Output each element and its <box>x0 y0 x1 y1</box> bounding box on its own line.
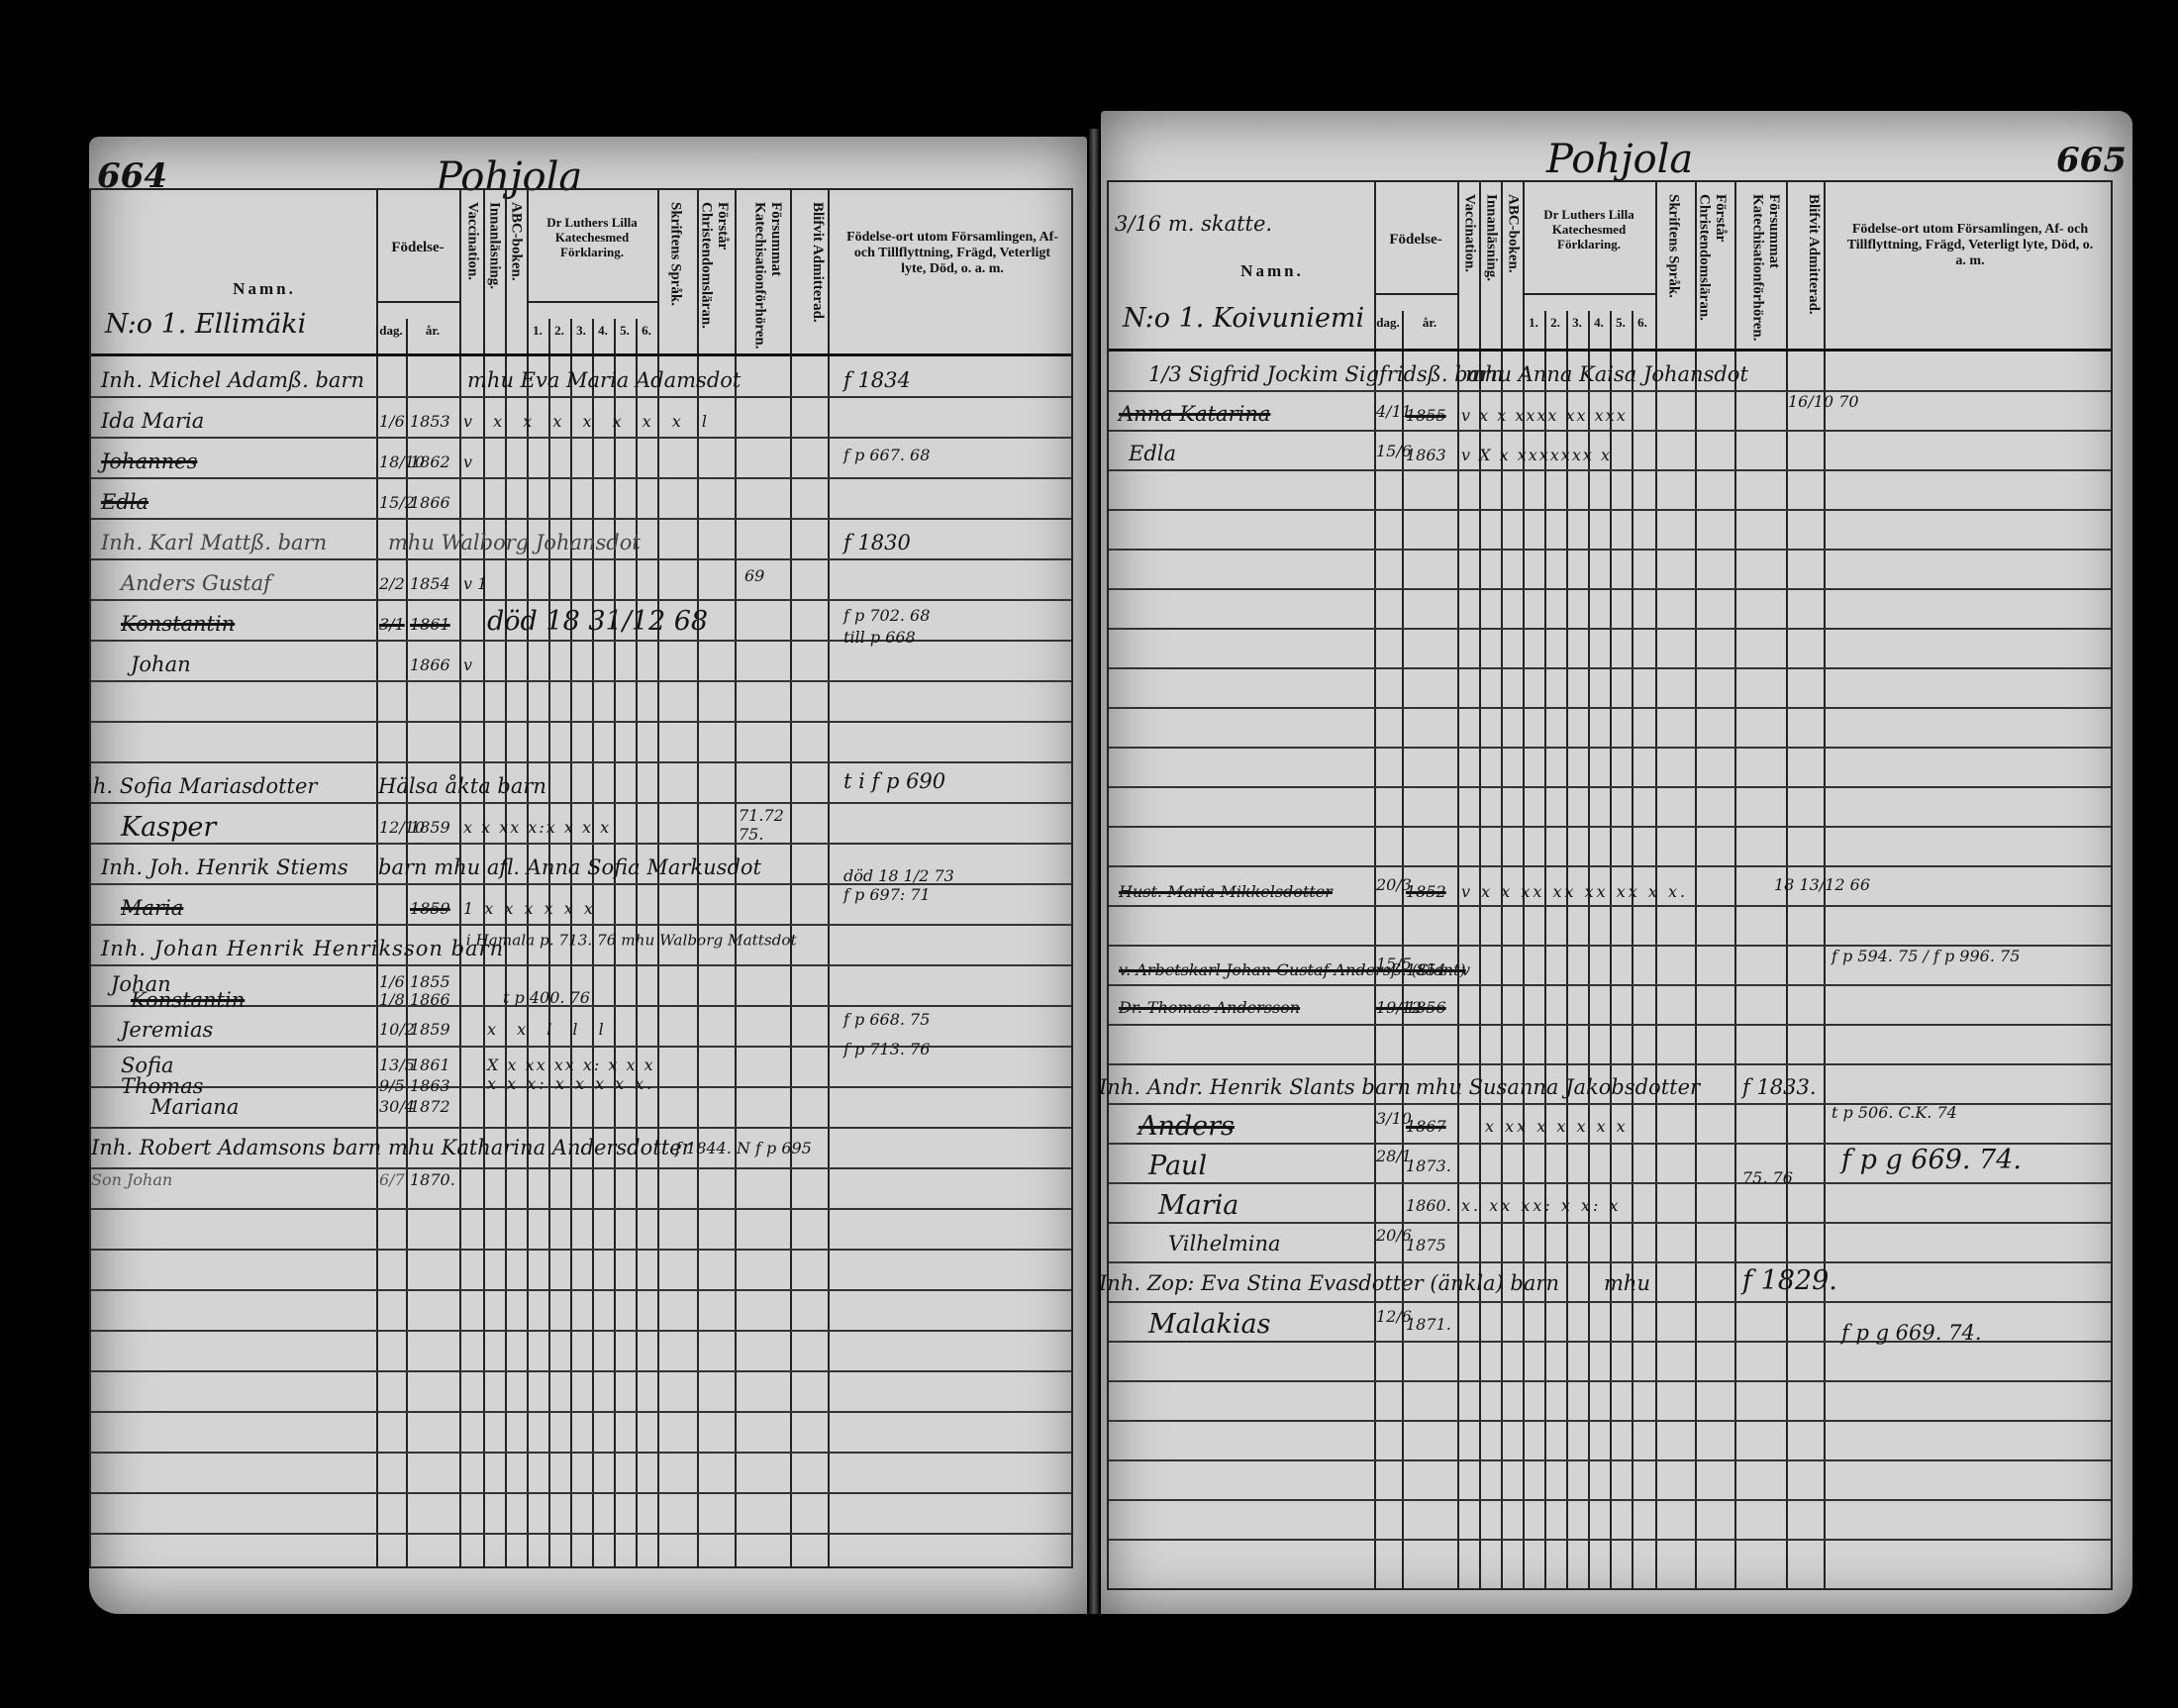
entry-missed: 69 <box>744 566 764 585</box>
header-missed-catechism: Försummat Katechisationförhören. <box>744 202 784 351</box>
entry-year: 1866 <box>410 493 450 512</box>
entry-name: Mariana <box>150 1095 239 1119</box>
entry-day: 6/7 <box>379 1170 405 1189</box>
entry-remark: f 1829. <box>1742 1265 1837 1296</box>
entry-year: 1853 <box>410 412 450 431</box>
header-christian-doctrine: Förstår Christendomsläran. <box>1699 194 1729 343</box>
entry-remark: till p 668 <box>843 628 916 647</box>
farm-title: N:o 1. Ellimäki <box>105 309 306 340</box>
header-birth-year: år. <box>406 324 459 339</box>
header-remarks: Födelse-ort utom Församlingen, Af- och T… <box>1841 222 2099 269</box>
entry-year: 1873. <box>1406 1156 1451 1175</box>
entry-marks: x. xx xx: x x: x <box>1461 1196 1621 1215</box>
entry-marks: v x x x x x x x l <box>463 412 715 431</box>
entry-remark: f 1830 <box>843 531 911 554</box>
header-birth-day: dag. <box>376 324 406 339</box>
entry-name: Anders Gustaf <box>121 571 271 595</box>
entry-marks: t p 400. 76 <box>503 988 590 1007</box>
entry-marks: mhu Katharina Andersdotter <box>388 1136 692 1159</box>
header-catechism: Dr Luthers Lilla Katechesmed Förklaring. <box>527 216 657 260</box>
page-number: 665 <box>2056 141 2127 180</box>
header-reading: Innanläsning. <box>1483 194 1500 343</box>
entry-marks: 1 x x x x x x <box>463 899 596 918</box>
entry-year: 1859 <box>410 1020 450 1039</box>
entry-year: 1856 <box>1406 998 1446 1017</box>
entry-name: Inh. Michel Adamß. barn <box>101 368 364 392</box>
entry-year: 1852 <box>1406 882 1446 901</box>
entry-year: 1863 <box>410 1076 450 1095</box>
entry-year: 1866 <box>410 655 450 674</box>
header-admitted: Blifvit Admitterad. <box>1792 194 1822 343</box>
entry-name: Paul <box>1148 1151 1207 1181</box>
entry-name: Johan <box>131 653 191 676</box>
entry-name: Inh. Zop: Eva Stina Evasdotter (änkla) b… <box>1101 1271 1559 1295</box>
entry-admitted: 18 13/12 66 <box>1774 875 1870 894</box>
entry-marks: v 1 <box>463 574 487 593</box>
entry-marks: X x xx xx x: x x x <box>487 1055 655 1074</box>
entry-name: Vilhelmina <box>1168 1232 1281 1256</box>
entry-death-note: död 18 31/12 68 <box>487 606 708 637</box>
entry-name: 1/3 Sigfrid Jockim Sigfridsß. barn <box>1148 362 1504 386</box>
header-birth: Födelse- <box>1374 232 1457 249</box>
entry-remark: f p 697: 71 <box>843 885 931 904</box>
entry-name: Inh. Karl Mattß. barn <box>101 531 327 554</box>
entry-name: Inh. Sofia Mariasdotter <box>89 774 317 798</box>
register-table-left: Namn. Födelse- dag. år. Vaccination. Inn… <box>89 188 1073 1568</box>
entry-name: Edla <box>101 490 148 514</box>
header-abc: ABC-boken. <box>508 202 525 351</box>
entry-admitted: 16/10 70 <box>1788 392 1859 411</box>
entry-marks: v <box>1461 960 1470 979</box>
entry-marks: i Hamala p. 713. 76 mhu Walborg Mattsdot <box>466 931 797 949</box>
entry-name: Kasper <box>121 812 216 843</box>
entry-day: 2/2 <box>379 574 405 593</box>
catechism-col-labels: 1. 2. 3. 4. 5. 6. <box>527 324 657 339</box>
entry-remark: f p 713. 76 <box>843 1040 930 1058</box>
entry-remark: f p g 669. 74. <box>1841 1145 2022 1175</box>
entry-year: 1870. <box>410 1170 455 1189</box>
entry-remark: t p 506. C.K. 74 <box>1831 1103 1957 1122</box>
entry-day: 9/5 <box>379 1076 405 1095</box>
entry-remark: f p g 669. 74. <box>1841 1321 1982 1345</box>
entry-remark: f 1833. <box>1742 1075 1817 1099</box>
header-remarks: Födelse-ort utom Församlingen, Af- och T… <box>843 230 1061 277</box>
register-table-right: 3/16 m. skatte. Namn. Födelse- dag. år. … <box>1107 180 2113 1590</box>
entry-marks: mhu Susanna Jakobsdotter <box>1416 1075 1700 1099</box>
entry-name: Inh. Johan Henrik Henriksson barn <box>101 937 504 960</box>
header-name: Namn. <box>190 279 339 299</box>
entry-day: 3/1 <box>379 615 405 634</box>
entry-missed: 71.72 75. <box>739 806 788 844</box>
entry-name: Anna Katarina <box>1119 402 1270 426</box>
entry-year: 1861 <box>410 1055 450 1074</box>
entry-day: 1/8 <box>379 990 405 1009</box>
entry-remark: f p 667. 68 <box>843 446 930 464</box>
entry-name: Konstantin <box>131 988 245 1012</box>
entry-day: 1/6 <box>379 972 405 991</box>
entry-marks: v x x xx xx xx xx x x. <box>1461 882 1688 901</box>
right-page: Pohjola 665 3/16 m. skatte. Namn. Födels… <box>1101 111 2132 1614</box>
entry-year: 1867 <box>1406 1117 1446 1136</box>
entry-year: 1855 <box>410 972 450 991</box>
entry-marks: x x xx x:x x x x <box>463 818 611 837</box>
entry-name: Johannes <box>101 450 197 473</box>
corner-note: 3/16 m. skatte. <box>1115 212 1272 236</box>
entry-day: 1/6 <box>379 412 405 431</box>
entry-marks: x xx x x x x x <box>1485 1117 1629 1136</box>
entry-remark: f 1844. N f p 695 <box>675 1139 812 1157</box>
entry-year: 1875 <box>1406 1236 1446 1255</box>
left-page: 664 Pohjola Namn. Födelse- dag. år. Vacc… <box>89 137 1087 1614</box>
entry-year: 1854 <box>1406 960 1446 979</box>
header-vaccination: Vaccination. <box>464 202 481 351</box>
entry-name: Ida Maria <box>101 409 204 433</box>
entry-remark: död 18 1/2 73 <box>843 866 954 885</box>
entry-remark: f p 668. 75 <box>843 1010 930 1029</box>
entry-marks: v X x xxxxxxx x <box>1461 446 1612 464</box>
entry-marks: mhu Eva Maria Adamsdot <box>467 368 741 392</box>
header-name: Namn. <box>1198 261 1346 281</box>
entry-marks: barn mhu afl. Anna Sofia Markusdot <box>378 855 761 879</box>
entry-name: Inh. Joh. Henrik Stiems <box>101 855 348 879</box>
header-birth-year: år. <box>1402 316 1457 331</box>
header-birth-day: dag. <box>1374 316 1402 331</box>
entry-year: 1861 <box>410 615 450 634</box>
entry-year: 1859 <box>410 818 450 837</box>
entry-year: 1863 <box>1406 446 1446 464</box>
header-reading: Innanläsning. <box>486 202 503 351</box>
entry-name: Inh. Robert Adamsons barn <box>91 1136 381 1159</box>
entry-marks: mhu Anna Kaisa Johansdot <box>1465 362 1748 386</box>
entry-year: 1854 <box>410 574 450 593</box>
header-christian-doctrine: Förstår Christendomsläran. <box>701 202 731 351</box>
entry-marks: v <box>463 655 472 674</box>
header-scripture-language: Skriftens Språk. <box>667 202 684 351</box>
entry-name: Malakias <box>1148 1309 1270 1340</box>
running-head: Pohjola <box>1546 137 1693 182</box>
entry-marks: mhu Walborg Johansdot <box>388 531 641 554</box>
entry-remark: f p 594. 75 / f p 996. 75 <box>1831 947 2020 965</box>
entry-year: 1871. <box>1406 1315 1451 1334</box>
entry-marks: x x x: x x x x x. <box>487 1074 654 1093</box>
entry-name: Anders <box>1138 1111 1235 1142</box>
entry-marks: v <box>463 452 472 471</box>
entry-name: Hust. Maria Mikkelsdotter <box>1119 882 1333 901</box>
entry-name: Dr. Thomas Andersson <box>1119 998 1300 1017</box>
entry-remark: f 1834 <box>843 368 911 392</box>
entry-year: 1855 <box>1406 406 1446 425</box>
header-abc: ABC-boken. <box>1505 194 1522 343</box>
entry-year: 1866 <box>410 990 450 1009</box>
entry-name: Jeremias <box>121 1018 213 1042</box>
catechism-col-labels: 1. 2. 3. 4. 5. 6. <box>1523 316 1653 331</box>
entry-marks: mhu <box>1604 1271 1650 1295</box>
farm-title: N:o 1. Koivuniemi <box>1123 303 1364 334</box>
entry-marks: x x l l l <box>487 1020 612 1039</box>
book-spine <box>1089 129 1099 1614</box>
entry-name: Inh. Andr. Henrik Slants barn <box>1101 1075 1411 1099</box>
header-birth: Födelse- <box>376 240 459 256</box>
entry-name: Son Johan <box>91 1170 172 1189</box>
entry-year: 1859 <box>410 899 450 918</box>
entry-marks: Hälsa åkta barn <box>378 774 546 798</box>
header-missed-catechism: Försummat Katechisationförhören. <box>1742 194 1782 343</box>
entry-missed: 75. 76 <box>1742 1168 1793 1187</box>
entry-name: Konstantin <box>121 612 235 636</box>
entry-year: 1862 <box>410 452 450 471</box>
entry-name: Edla <box>1129 442 1176 465</box>
entry-name: Maria <box>1158 1190 1238 1221</box>
entry-marks: v x x xxxx xx xxx <box>1461 406 1628 425</box>
entry-year: 1860. <box>1406 1196 1451 1215</box>
entry-remark: f p 702. 68 <box>843 606 930 625</box>
header-vaccination: Vaccination. <box>1461 194 1478 343</box>
entry-year: 1872 <box>410 1097 450 1116</box>
header-admitted: Blifvit Admitterad. <box>796 202 826 351</box>
header-scripture-language: Skriftens Språk. <box>1665 194 1682 343</box>
header-catechism: Dr Luthers Lilla Katechesmed Förklaring. <box>1523 208 1655 252</box>
entry-name: Maria <box>121 896 183 920</box>
entry-remark: t i f p 690 <box>843 769 945 793</box>
